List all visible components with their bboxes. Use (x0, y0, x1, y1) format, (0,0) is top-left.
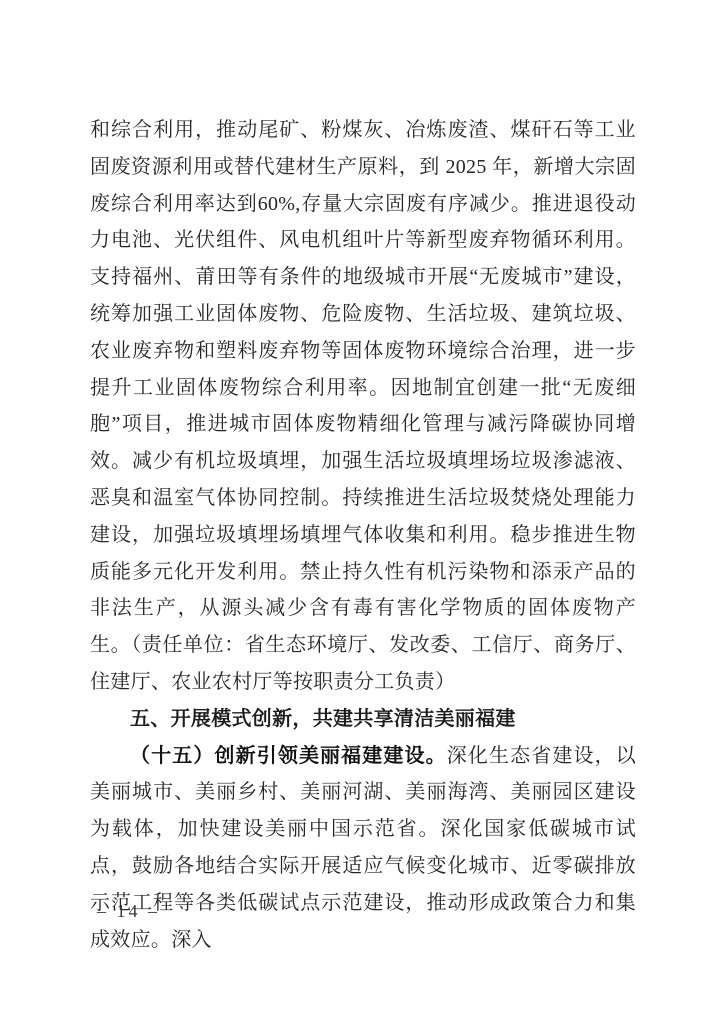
paragraph-solid-waste-continuation: 和综合利用，推动尾矿、粉煤灰、冶炼废渣、煤矸石等工业固废资源利用或替代建材生产原… (90, 112, 636, 701)
section-heading-five: 五、开展模式创新，共建共享清洁美丽福建 (90, 701, 636, 738)
paragraph-item-fifteen: （十五）创新引领美丽福建建设。深化生态省建设，以美丽城市、美丽乡村、美丽河湖、美… (90, 738, 636, 959)
document-body: 和综合利用，推动尾矿、粉煤灰、冶炼废渣、煤矸石等工业固废资源利用或替代建材生产原… (90, 112, 636, 958)
paragraph-item-fifteen-lead: （十五）创新引领美丽福建建设。 (130, 745, 447, 767)
page-number: – 14 – (97, 901, 160, 921)
document-page: 和综合利用，推动尾矿、粉煤灰、冶炼废渣、煤矸石等工业固废资源利用或替代建材生产原… (0, 0, 724, 1024)
page-footer: – 14 – (97, 901, 297, 922)
